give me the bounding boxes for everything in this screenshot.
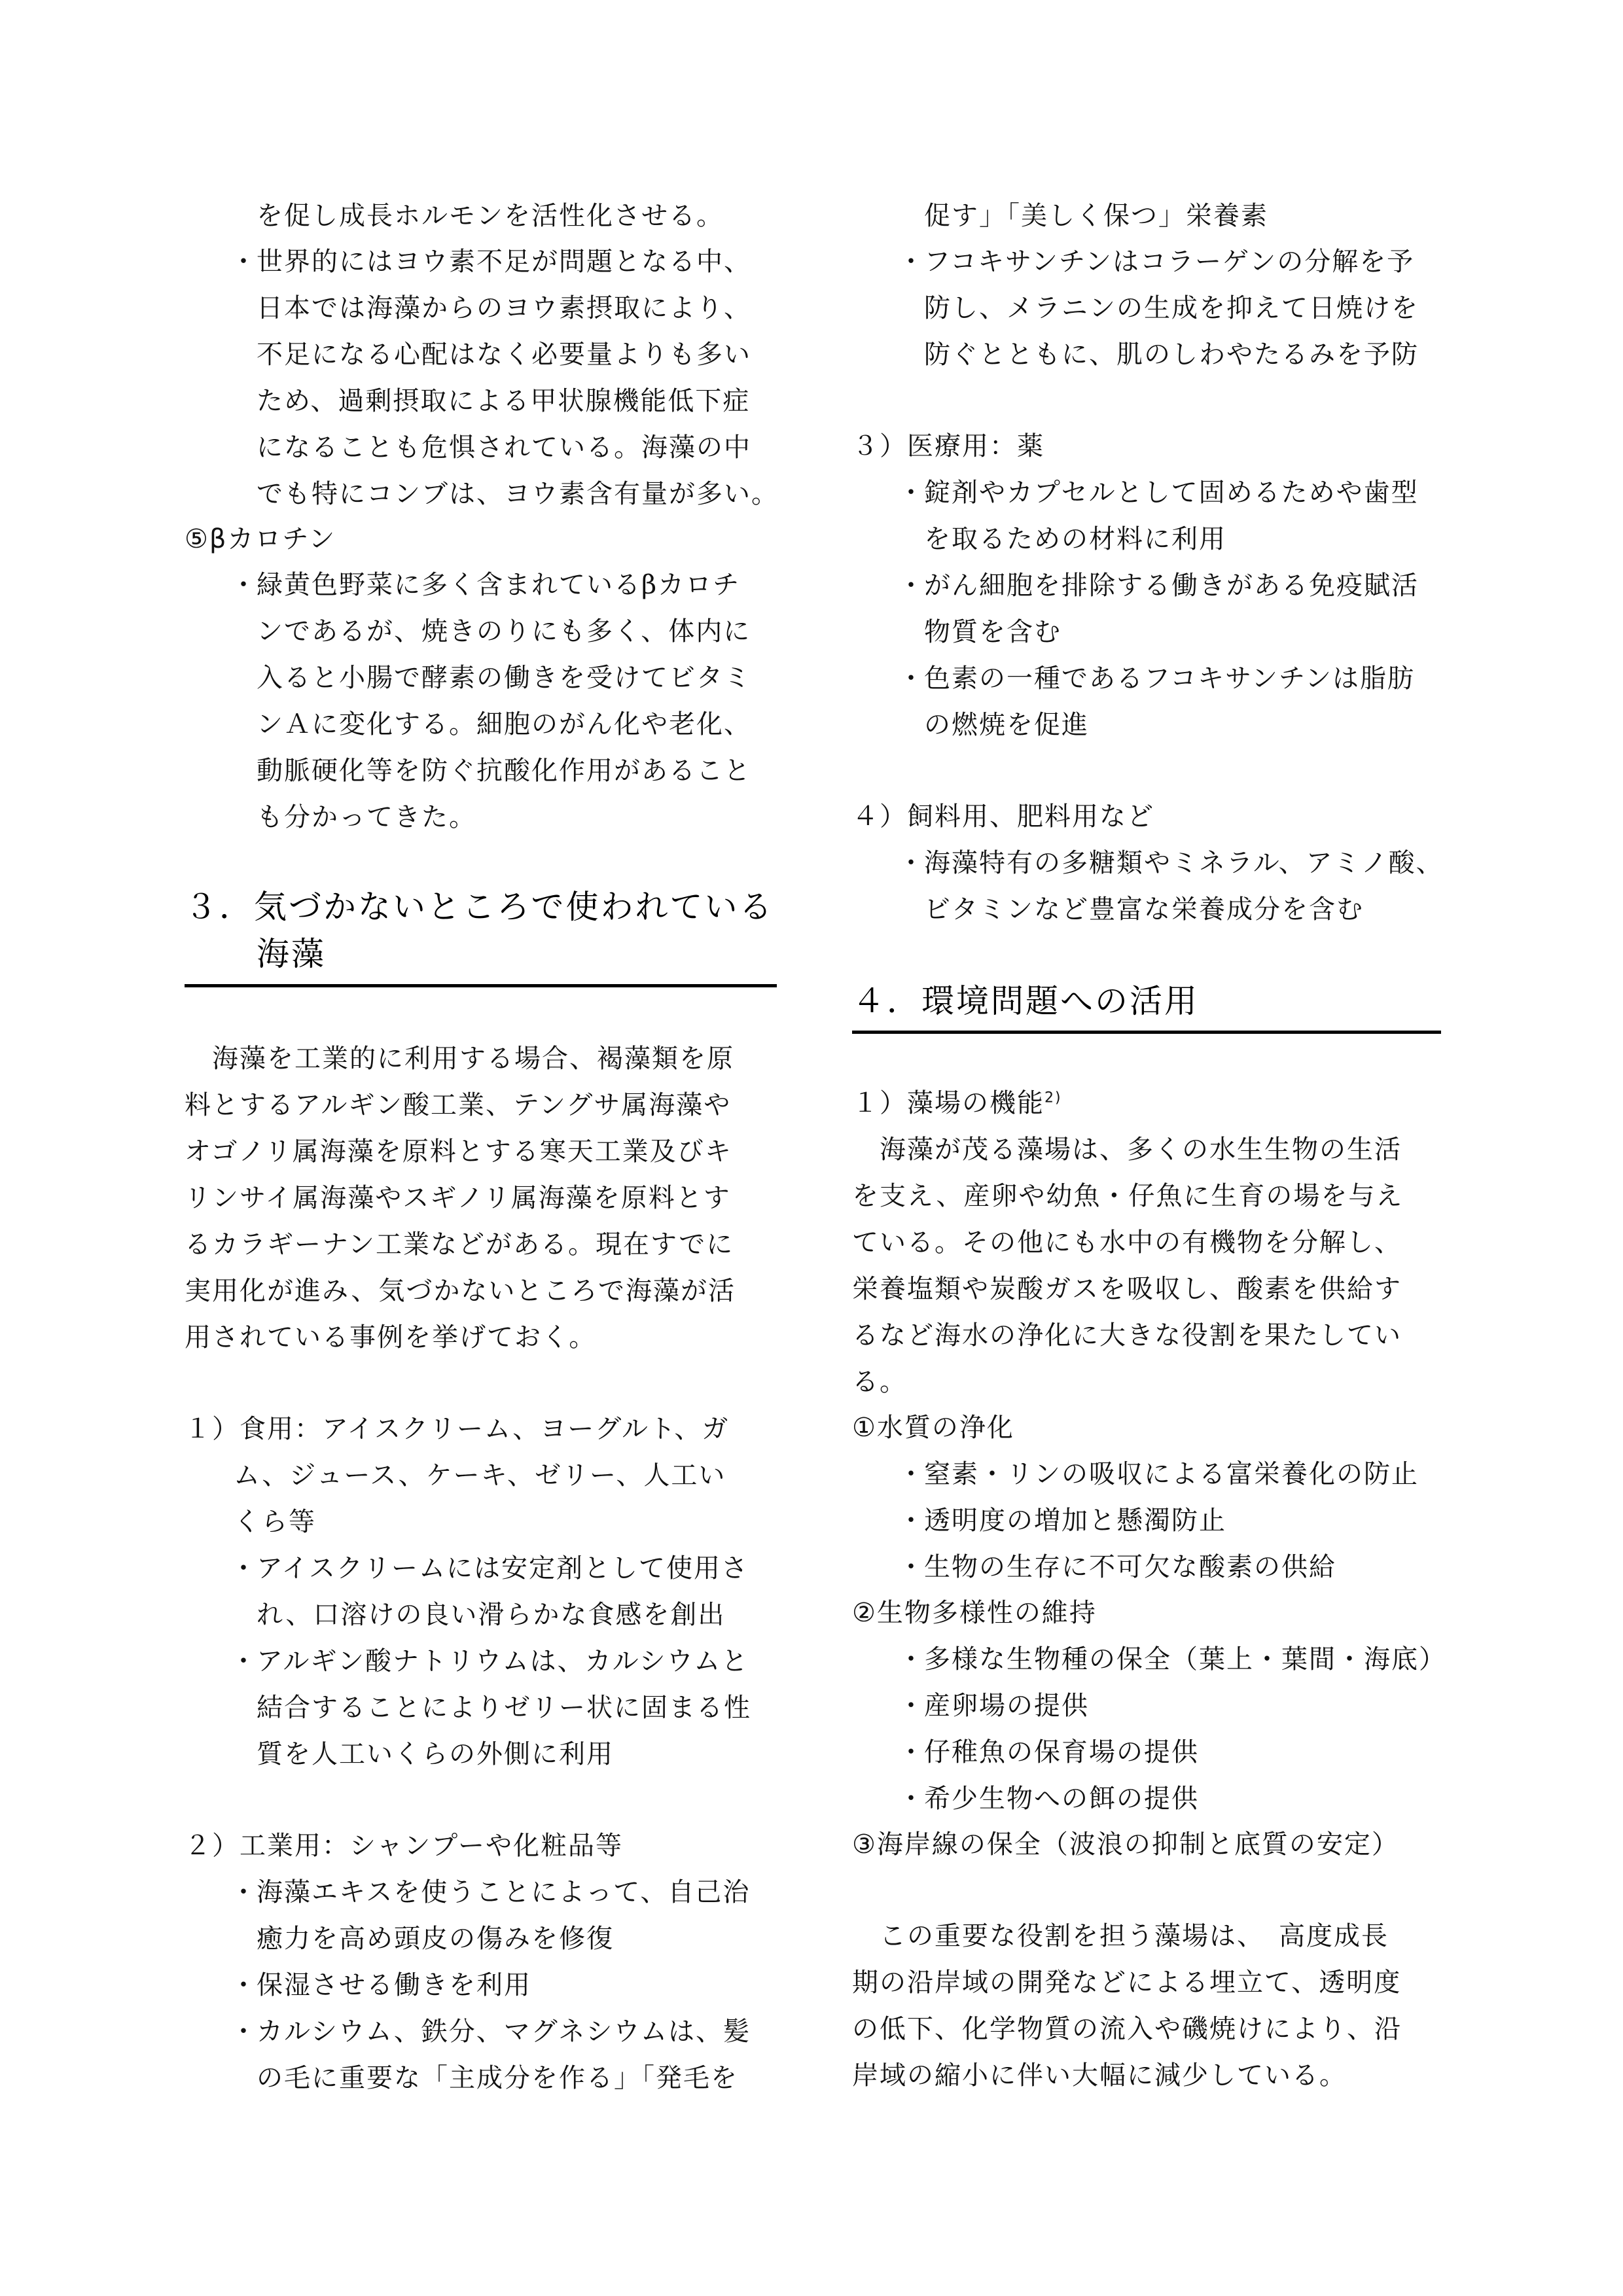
- body-line: 海藻エキスを使うことによって、自己治: [257, 1877, 750, 1908]
- section-heading-3: ３．気づかないところで使われている: [185, 887, 774, 927]
- body-line: 日本では海藻からのヨウ素摂取により、: [257, 292, 751, 324]
- body-line: ンであるが、焼きのりにも多く、体内に: [257, 616, 751, 647]
- body-line: アイスクリームには安定剤として使用さ: [257, 1553, 749, 1584]
- body-line: この重要な役割を担う藻場は、 高度成長: [852, 1920, 1389, 1952]
- food-use-label: １）食用: [185, 1414, 294, 1444]
- subheading-beta-carotene: ⑤βカロチン: [185, 523, 336, 555]
- body-line: 保湿させる働きを利用: [257, 1969, 531, 2001]
- body-line: がん細胞を排除する働きがある免疫賦活: [924, 570, 1419, 601]
- body-line: カルシウム、鉄分、マグネシウムは、髪: [257, 2016, 751, 2047]
- body-line: 世界的にはヨウ素不足が問題となる中、: [257, 246, 751, 277]
- industrial-use-examples: ：シャンプーや化粧品等: [322, 1831, 623, 1861]
- bullet-marker: ・: [898, 1644, 924, 1675]
- subheading-biodiversity: ②生物多様性の維持: [852, 1597, 1097, 1629]
- body-line: 動脈硬化等を防ぐ抗酸化作用があること: [257, 755, 751, 786]
- section-rule: [185, 984, 777, 987]
- body-line: の燃焼を促進: [924, 709, 1089, 741]
- seaweed-beds-label: １）藻場の機能: [852, 1088, 1044, 1118]
- section-rule: [852, 1031, 1441, 1034]
- bullet-marker: ・: [898, 1737, 924, 1768]
- body-line: フコキサンチンはコラーゲンの分解を予: [924, 246, 1414, 277]
- body-line: くら等: [234, 1506, 316, 1538]
- body-line: の毛に重要な「主成分を作る」「発毛を: [257, 2062, 738, 2094]
- body-line: れ、口溶けの良い滑らかな食感を創出: [257, 1599, 725, 1631]
- bullet-marker: ・: [230, 1877, 257, 1908]
- body-line: 癒力を高め頭皮の傷みを修復: [257, 1923, 614, 1954]
- body-line: ため、過剰摂取による甲状腺機能低下症: [257, 385, 750, 417]
- body-line: も分かってきた。: [257, 802, 476, 833]
- body-line: 促す」「美しく保つ」栄養素: [924, 200, 1268, 232]
- body-line: でも特にコンブは、ヨウ素含有量が多い。: [257, 478, 779, 510]
- body-line: 入ると小腸で酵素の働きを受けてビタミ: [257, 662, 751, 694]
- body-line: る。: [852, 1366, 907, 1398]
- list-item: 生物の生存に不可欠な酸素の供給: [924, 1551, 1336, 1583]
- list-item: 窒素・リンの吸収による富栄養化の防止: [924, 1458, 1419, 1490]
- body-line: 料とするアルギン酸工業、テングサ属海藻や: [185, 1089, 731, 1121]
- body-line: 防し、メラニンの生成を抑えて日焼けを: [924, 292, 1419, 324]
- body-line: 岸域の縮小に伴い大幅に減少している。: [852, 2060, 1347, 2091]
- body-line: ビタミンなど豊富な栄養成分を含む: [924, 894, 1364, 925]
- bullet-marker: ・: [898, 570, 924, 601]
- subheading-seaweed-beds: １）藻場の機能2): [852, 1087, 1062, 1119]
- industrial-use-label: ２）工業用: [185, 1831, 322, 1861]
- list-item: 希少生物への餌の提供: [924, 1783, 1199, 1814]
- body-line: 色素の一種であるフコキサンチンは脂肪: [924, 663, 1415, 694]
- food-use-line: １）食用：アイスクリーム、ヨーグルト、ガ: [185, 1413, 729, 1445]
- body-line: を支え、産卵や幼魚・仔魚に生育の場を与え: [852, 1180, 1403, 1212]
- food-use-examples: ：アイスクリーム、ヨーグルト、ガ: [294, 1414, 729, 1444]
- body-line: 海藻特有の多糖類やミネラル、アミノ酸、: [924, 847, 1444, 879]
- body-line: 緑黄色野菜に多く含まれているβカロチ: [257, 569, 740, 601]
- bullet-marker: ・: [230, 1646, 257, 1677]
- subheading-coastline: ③海岸線の保全（波浪の抑制と底質の安定）: [852, 1829, 1399, 1860]
- body-line: 結合することによりゼリー状に固まる性: [257, 1692, 751, 1723]
- bullet-marker: ・: [230, 1553, 257, 1584]
- body-line: るカラギーナン工業などがある。現在すでに: [185, 1229, 734, 1260]
- body-line: ンＡに変化する。細胞のがん化や老化、: [257, 709, 751, 740]
- bullet-marker: ・: [898, 1690, 924, 1722]
- body-line: るなど海水の浄化に大きな役割を果たしてい: [852, 1320, 1402, 1351]
- body-line: アルギン酸ナトリウムは、カルシウムと: [257, 1646, 749, 1677]
- section-heading-4: ４．環境問題への活用: [852, 981, 1199, 1021]
- medical-use-line: ３）医療用：薬: [852, 431, 1044, 462]
- bullet-marker: ・: [898, 663, 924, 694]
- body-line: 栄養塩類や炭酸ガスを吸収し、酸素を供給す: [852, 1273, 1402, 1305]
- body-line: 用されている事例を挙げておく。: [185, 1322, 596, 1353]
- body-line: 期の沿岸域の開発などによる埋立て、透明度: [852, 1967, 1401, 1998]
- document-page: を促し成長ホルモンを活性化させる。 ・ 世界的にはヨウ素不足が問題となる中、 日…: [0, 0, 1623, 2296]
- body-line: 実用化が進み、気づかないところで海藻が活: [185, 1275, 736, 1307]
- list-item: 仔稚魚の保育場の提供: [924, 1737, 1199, 1768]
- body-line: リンサイ属海藻やスギノリ属海藻を原料とす: [185, 1182, 731, 1214]
- bullet-marker: ・: [898, 1551, 924, 1583]
- bullet-marker: ・: [898, 1505, 924, 1536]
- bullet-marker: ・: [230, 246, 257, 277]
- bullet-marker: ・: [898, 1458, 924, 1490]
- bullet-marker: ・: [898, 847, 924, 879]
- bullet-marker: ・: [230, 2016, 257, 2047]
- body-line: 錠剤やカプセルとして固めるためや歯型: [924, 477, 1419, 508]
- body-line: 海藻を工業的に利用する場合、褐藻類を原: [185, 1043, 734, 1074]
- industrial-use-line: ２）工業用：シャンプーや化粧品等: [185, 1830, 623, 1862]
- bullet-marker: ・: [898, 246, 924, 277]
- body-line: ている。その他にも水中の有機物を分解し、: [852, 1227, 1402, 1258]
- section-heading-3-cont: 海藻: [257, 934, 326, 974]
- body-line: 不足になる心配はなく必要量よりも多い: [257, 339, 751, 370]
- bullet-marker: ・: [230, 569, 257, 601]
- body-line: 防ぐとともに、肌のしわやたるみを予防: [924, 339, 1419, 370]
- subheading-water-purification: ①水質の浄化: [852, 1412, 1014, 1443]
- body-line: 質を人工いくらの外側に利用: [257, 1739, 614, 1770]
- reference-marker: 2): [1044, 1090, 1062, 1106]
- body-line: 物質を含む: [924, 616, 1061, 648]
- medical-use-label: ３）医療用: [852, 431, 990, 461]
- body-line: を取るための材料に利用: [924, 523, 1226, 555]
- body-line: の低下、化学物質の流入や磯焼けにより、沿: [852, 2013, 1402, 2045]
- bullet-marker: ・: [898, 477, 924, 508]
- bullet-marker: ・: [898, 1783, 924, 1814]
- body-line: 海藻が茂る藻場は、多くの水生生物の生活: [852, 1134, 1402, 1165]
- body-line: ム、ジュース、ケーキ、ゼリー、人工い: [234, 1460, 726, 1491]
- medical-use-examples: ：薬: [990, 431, 1044, 461]
- list-item: 透明度の増加と懸濁防止: [924, 1505, 1226, 1536]
- body-line: を促し成長ホルモンを活性化させる。: [257, 200, 724, 232]
- bullet-marker: ・: [230, 1969, 257, 2001]
- body-line: になることも危惧されている。海藻の中: [257, 432, 751, 463]
- list-item: 多様な生物種の保全（葉上・葉間・海底）: [924, 1644, 1446, 1675]
- feed-use-label: ４）飼料用、肥料用など: [852, 801, 1154, 832]
- body-line: オゴノリ属海藻を原料とする寒天工業及びキ: [185, 1136, 732, 1167]
- list-item: 産卵場の提供: [924, 1690, 1089, 1722]
